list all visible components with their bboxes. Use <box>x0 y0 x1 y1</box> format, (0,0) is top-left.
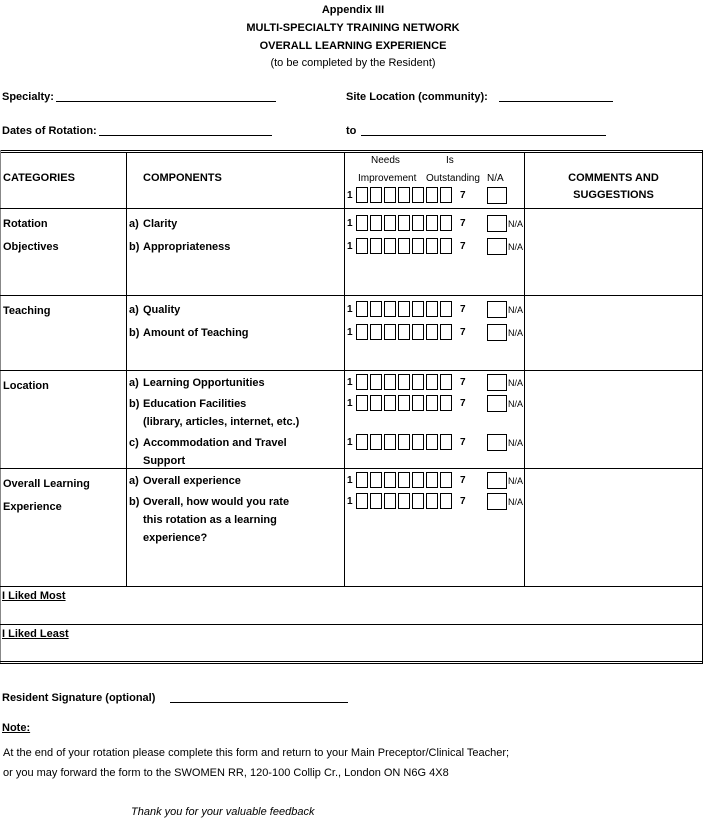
rating-checkbox-1[interactable] <box>356 472 368 488</box>
rating-checkbox-2[interactable] <box>370 324 382 340</box>
rating-checkbox-5[interactable] <box>412 215 424 231</box>
rating-checkbox-7[interactable] <box>440 472 452 488</box>
rating-checkbox-6[interactable] <box>426 493 438 509</box>
component-letter: b) <box>129 327 139 339</box>
rating-checkbox-1[interactable] <box>356 324 368 340</box>
scale-max-label: 7 <box>460 437 466 448</box>
rating-checkbox-3[interactable] <box>384 374 396 390</box>
comments-field[interactable] <box>525 469 701 586</box>
component-letter: b) <box>129 496 139 508</box>
rating-checkbox-4[interactable] <box>398 472 410 488</box>
scale-min-label: 1 <box>347 475 353 486</box>
scale-min-label: 1 <box>347 496 353 507</box>
header-comments-line2: SUGGESTIONS <box>525 189 702 201</box>
component-label: Quality <box>143 304 180 316</box>
rating-checkbox-6[interactable] <box>426 324 438 340</box>
rating-checkbox-4[interactable] <box>398 301 410 317</box>
header-outstanding: Outstanding <box>426 173 480 184</box>
scale-min-label: 1 <box>347 377 353 388</box>
rating-checkbox-6[interactable] <box>426 374 438 390</box>
na-checkbox[interactable] <box>487 493 507 510</box>
category-label: Teaching <box>3 305 50 317</box>
rating-checkbox-6[interactable] <box>426 472 438 488</box>
dates-to-field[interactable] <box>361 135 606 136</box>
scale-min-label: 1 <box>347 218 353 229</box>
rating-checkbox-5[interactable] <box>412 374 424 390</box>
rating-checkbox-7[interactable] <box>440 434 452 450</box>
component-label: Learning Opportunities <box>143 377 265 389</box>
rating-checkbox-1[interactable] <box>356 238 368 254</box>
comments-field[interactable] <box>525 296 701 370</box>
rating-checkbox-4[interactable] <box>398 215 410 231</box>
component-label: Support <box>143 455 185 467</box>
rating-checkbox-4[interactable] <box>398 324 410 340</box>
component-letter: b) <box>129 241 139 253</box>
rating-checkbox-2[interactable] <box>370 238 382 254</box>
component-label: Accommodation and Travel <box>143 437 287 449</box>
scale-min-label: 1 <box>347 327 353 338</box>
rating-checkbox-6[interactable] <box>426 215 438 231</box>
rating-checkbox-1[interactable] <box>356 395 368 411</box>
component-letter: a) <box>129 304 139 316</box>
rating-checkbox-3[interactable] <box>384 301 396 317</box>
rating-checkbox-5[interactable] <box>412 301 424 317</box>
rating-checkbox-5[interactable] <box>412 324 424 340</box>
specialty-label: Specialty: <box>2 91 54 103</box>
rating-checkbox-6[interactable] <box>426 238 438 254</box>
scale-min-label: 1 <box>347 241 353 252</box>
header-is: Is <box>446 155 454 166</box>
category-label: Overall Learning <box>3 478 90 490</box>
rating-checkbox-1[interactable] <box>356 374 368 390</box>
rating-checkbox-3[interactable] <box>384 434 396 450</box>
na-checkbox[interactable] <box>487 434 507 451</box>
rating-checkbox-2[interactable] <box>370 493 382 509</box>
site-location-label: Site Location (community): <box>346 91 488 103</box>
rating-checkbox-3[interactable] <box>384 215 396 231</box>
rating-checkbox-3[interactable] <box>384 493 396 509</box>
network-title: MULTI-SPECIALTY TRAINING NETWORK <box>0 22 706 34</box>
na-label: N/A <box>508 476 523 486</box>
component-label: (library, articles, internet, etc.) <box>143 416 299 428</box>
na-checkbox[interactable] <box>487 472 507 489</box>
rating-checkbox-6[interactable] <box>426 395 438 411</box>
rating-checkbox-7[interactable] <box>440 374 452 390</box>
scale-min-label: 1 <box>347 398 353 409</box>
na-legend-box <box>487 187 507 204</box>
rating-checkbox-3[interactable] <box>384 395 396 411</box>
column-divider <box>344 152 345 586</box>
scale-max-label: 7 <box>460 398 466 409</box>
scale-max-label: 7 <box>460 327 466 338</box>
rating-checkbox-7[interactable] <box>440 395 452 411</box>
component-letter: c) <box>129 437 139 449</box>
rating-checkbox-6[interactable] <box>426 434 438 450</box>
liked-most-field[interactable] <box>1 605 701 623</box>
column-divider <box>126 152 127 586</box>
rating-checkbox-3[interactable] <box>384 238 396 254</box>
component-label: Overall, how would you rate <box>143 496 289 508</box>
dates-from-field[interactable] <box>99 135 272 136</box>
rating-checkbox-2[interactable] <box>370 395 382 411</box>
rating-checkbox-5[interactable] <box>412 238 424 254</box>
na-label: N/A <box>508 305 523 315</box>
header-comments-line1: COMMENTS AND <box>525 172 702 184</box>
scale-min-label: 1 <box>347 304 353 315</box>
rating-checkbox-5[interactable] <box>412 472 424 488</box>
na-label: N/A <box>508 438 523 448</box>
rating-checkbox-5[interactable] <box>412 434 424 450</box>
dates-to-label: to <box>346 125 356 137</box>
table-border-bottom-inner <box>0 663 703 664</box>
rating-checkbox-4[interactable] <box>398 395 410 411</box>
rating-checkbox-1[interactable] <box>356 215 368 231</box>
na-checkbox[interactable] <box>487 395 507 412</box>
liked-least-field[interactable] <box>1 643 701 660</box>
rating-checkbox-1[interactable] <box>356 493 368 509</box>
appendix-label: Appendix III <box>0 4 706 16</box>
rating-checkbox-3[interactable] <box>384 472 396 488</box>
rating-checkbox-7[interactable] <box>440 493 452 509</box>
component-label: Amount of Teaching <box>143 327 249 339</box>
scale-max-label: 7 <box>460 377 466 388</box>
specialty-field[interactable] <box>56 101 276 102</box>
scale-min-label: 1 <box>347 437 353 448</box>
rating-checkbox-7[interactable] <box>440 324 452 340</box>
scale-max-label: 7 <box>460 304 466 315</box>
component-label: this rotation as a learning <box>143 514 277 526</box>
na-label: N/A <box>508 378 523 388</box>
row-divider <box>0 624 703 625</box>
na-checkbox[interactable] <box>487 301 507 318</box>
header-components: COMPONENTS <box>143 172 222 184</box>
component-label: experience? <box>143 532 207 544</box>
table-border-top-inner <box>0 152 703 153</box>
rating-checkbox-5[interactable] <box>412 493 424 509</box>
scale-max-label: 7 <box>460 218 466 229</box>
rating-checkbox-7[interactable] <box>440 215 452 231</box>
component-label: Appropriateness <box>143 241 230 253</box>
dates-label: Dates of Rotation: <box>2 125 97 137</box>
header-categories: CATEGORIES <box>3 172 75 184</box>
na-checkbox[interactable] <box>487 215 507 232</box>
scale-max-label: 7 <box>460 475 466 486</box>
header-needs: Needs <box>371 155 400 166</box>
na-label: N/A <box>508 219 523 229</box>
rating-checkbox-1[interactable] <box>356 434 368 450</box>
component-letter: a) <box>129 475 139 487</box>
scale-max-label: 7 <box>460 190 466 201</box>
rating-checkbox-4[interactable] <box>398 374 410 390</box>
component-label: Clarity <box>143 218 177 230</box>
rating-checkbox-5[interactable] <box>412 395 424 411</box>
component-letter: b) <box>129 398 139 410</box>
scale-max-label: 7 <box>460 241 466 252</box>
note-line-2: or you may forward the form to the SWOME… <box>3 767 449 779</box>
na-label: N/A <box>508 399 523 409</box>
na-label: N/A <box>508 497 523 507</box>
rating-checkbox-2[interactable] <box>370 374 382 390</box>
rating-checkbox-2[interactable] <box>370 215 382 231</box>
category-label: Experience <box>3 501 62 513</box>
component-label: Education Facilities <box>143 398 246 410</box>
rating-checkbox-7[interactable] <box>440 301 452 317</box>
rating-checkbox-2[interactable] <box>370 472 382 488</box>
na-label: N/A <box>508 328 523 338</box>
rating-checkbox-4[interactable] <box>398 238 410 254</box>
na-checkbox[interactable] <box>487 238 507 255</box>
liked-least-label: I Liked Least <box>2 628 69 640</box>
category-label: Objectives <box>3 241 59 253</box>
liked-most-label: I Liked Most <box>2 590 66 602</box>
rating-checkbox-4[interactable] <box>398 493 410 509</box>
category-label: Rotation <box>3 218 48 230</box>
component-label: Overall experience <box>143 475 241 487</box>
na-checkbox[interactable] <box>487 324 507 341</box>
table-border-bottom <box>0 661 703 662</box>
na-checkbox[interactable] <box>487 374 507 391</box>
category-label: Location <box>3 380 49 392</box>
header-improvement: Improvement <box>358 173 416 184</box>
rating-checkbox-2[interactable] <box>370 301 382 317</box>
scale-min-label: 1 <box>347 190 353 201</box>
rating-checkbox-4[interactable] <box>398 434 410 450</box>
comments-field[interactable] <box>525 209 701 295</box>
rating-checkbox-3[interactable] <box>384 324 396 340</box>
comments-field[interactable] <box>525 371 701 468</box>
rating-checkbox-6[interactable] <box>426 301 438 317</box>
header-na: N/A <box>487 173 504 184</box>
page-title: OVERALL LEARNING EXPERIENCE <box>0 40 706 52</box>
rating-checkbox-1[interactable] <box>356 301 368 317</box>
signature-field[interactable] <box>170 702 348 703</box>
note-label: Note: <box>2 722 30 734</box>
row-divider <box>0 586 703 587</box>
signature-label: Resident Signature (optional) <box>2 692 155 704</box>
component-letter: a) <box>129 218 139 230</box>
rating-checkbox-2[interactable] <box>370 434 382 450</box>
rating-checkbox-7[interactable] <box>440 238 452 254</box>
na-label: N/A <box>508 242 523 252</box>
page-subtitle: (to be completed by the Resident) <box>0 57 706 69</box>
note-line-1: At the end of your rotation please compl… <box>3 747 509 759</box>
thanks-text: Thank you for your valuable feedback <box>131 806 314 818</box>
table-border-top <box>0 150 703 151</box>
component-letter: a) <box>129 377 139 389</box>
site-location-field[interactable] <box>499 101 613 102</box>
scale-max-label: 7 <box>460 496 466 507</box>
